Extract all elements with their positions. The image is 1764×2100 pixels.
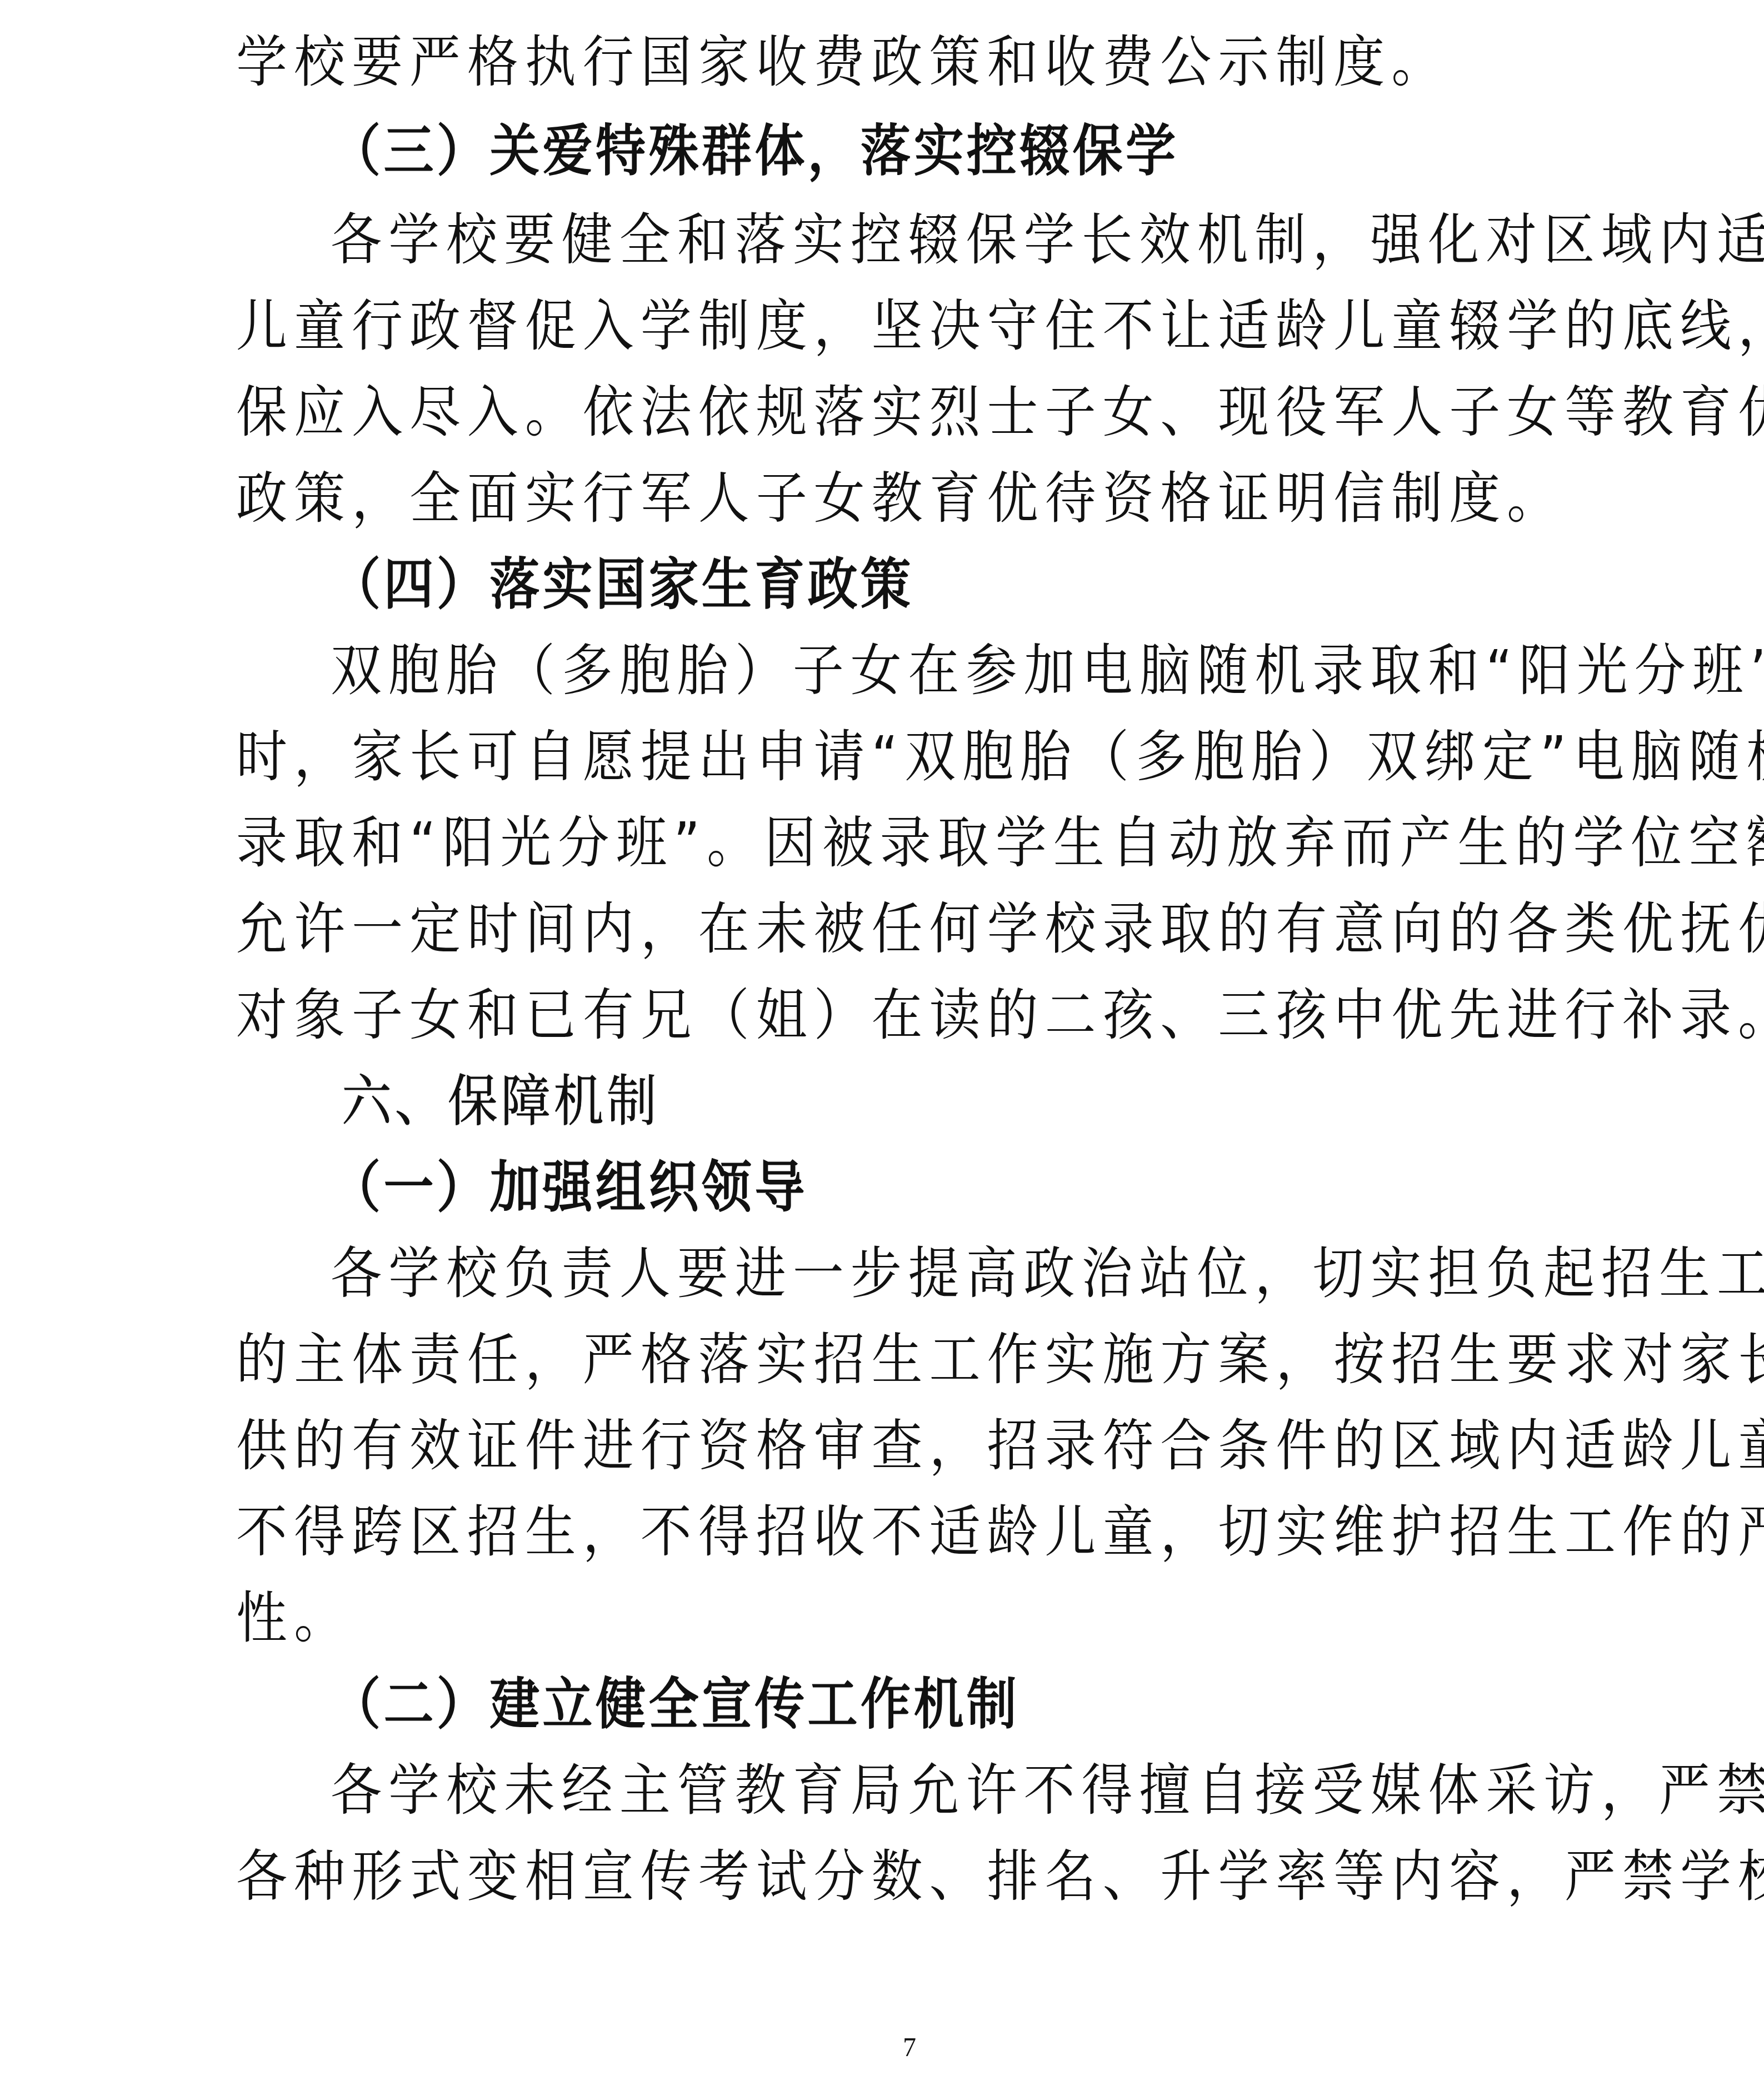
paragraph-line: 不得跨区招生，不得招收不适龄儿童，切实维护招生工作的严肃 [236, 1499, 1435, 1565]
paragraph-line: 儿童行政督促入学制度，坚决守住不让适龄儿童辍学的底线，确 [236, 293, 1435, 360]
paragraph-line: 录取和“阳光分班”。因被录取学生自动放弃而产生的学位空额， [236, 810, 1435, 876]
paragraph-line: 各学校要健全和落实控辍保学长效机制，强化对区域内适龄 [331, 207, 1442, 273]
subheading-strengthen-leadership: （一）加强组织领导 [331, 1154, 808, 1221]
paragraph-line: 各种形式变相宣传考试分数、排名、升学率等内容，严禁学校、 [236, 1843, 1435, 1910]
paragraph-line: 时，家长可自愿提出申请“双胞胎（多胞胎）双绑定”电脑随机 [236, 724, 1435, 790]
paragraph-line: 学校要严格执行国家收费政策和收费公示制度。 [236, 29, 1435, 96]
subheading-care-special-groups: （三）关爱特殊群体，落实控辍保学 [331, 118, 1178, 184]
paragraph-line: 政策，全面实行军人子女教育优待资格证明信制度。 [236, 465, 1435, 532]
paragraph-line: 各学校未经主管教育局允许不得擅自接受媒体采访，严禁以 [331, 1757, 1442, 1824]
document-page: 学校要严格执行国家收费政策和收费公示制度。 （三）关爱特殊群体，落实控辍保学 各… [0, 0, 1764, 2100]
paragraph-line: 的主体责任，严格落实招生工作实施方案，按招生要求对家长提 [236, 1326, 1435, 1393]
paragraph-line: 性。 [236, 1585, 1435, 1652]
paragraph-line: 供的有效证件进行资格审查，招录符合条件的区域内适龄儿童， [236, 1413, 1435, 1479]
paragraph-line: 对象子女和已有兄（姐）在读的二孩、三孩中优先进行补录。 [236, 982, 1435, 1049]
subheading-birth-policy: （四）落实国家生育政策 [331, 551, 913, 618]
page-number: 7 [903, 2031, 916, 2064]
paragraph-line: 双胞胎（多胞胎）子女在参加电脑随机录取和“阳光分班” [331, 637, 1442, 704]
subheading-publicity-mechanism: （二）建立健全宣传工作机制 [331, 1671, 1020, 1738]
paragraph-line: 允许一定时间内，在未被任何学校录取的有意向的各类优抚优待 [236, 896, 1435, 962]
section-heading-safeguards: 六、保障机制 [342, 1068, 659, 1135]
paragraph-line: 保应入尽入。依法依规落实烈士子女、现役军人子女等教育优待 [236, 379, 1435, 446]
paragraph-line: 各学校负责人要进一步提高政治站位，切实担负起招生工作 [331, 1240, 1442, 1307]
